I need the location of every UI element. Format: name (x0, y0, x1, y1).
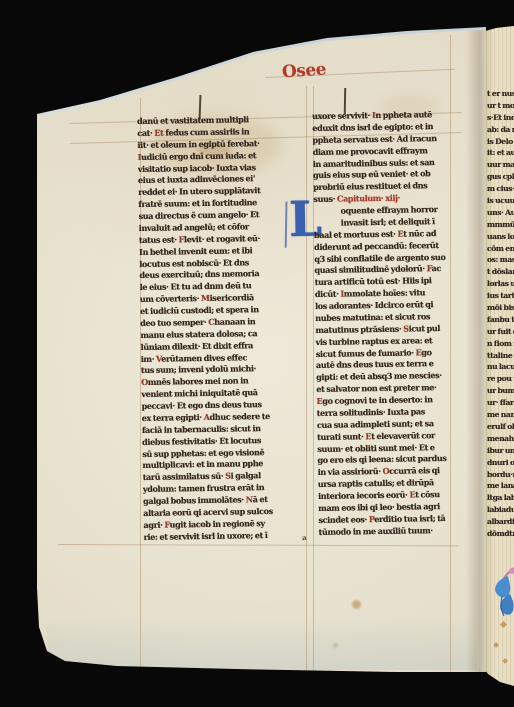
text-line: os: mast (487, 254, 514, 266)
text-run: menah un (487, 434, 514, 443)
text-line: ibur unlo (487, 445, 514, 457)
text-run: tus sum; inveni ydolū michi· (141, 364, 256, 376)
text-run: ccurrā eis qi (389, 465, 440, 476)
text-run: reddet ei· In utero supplātavit (138, 185, 260, 197)
text-run: lorlas un (487, 279, 514, 288)
text-run: Et (154, 127, 163, 137)
text-run: erūtamen dives effec (161, 352, 247, 363)
text-line: me lanai (487, 480, 514, 492)
text-run: ibur unlo (487, 446, 514, 455)
text-run: t er nus: (487, 89, 514, 98)
fore-edge-pages: t er nus:ur t mos·Et induab: da mis Delo… (482, 26, 514, 694)
text-line: cōm ens (487, 243, 514, 255)
text-line: mmmū (487, 219, 514, 231)
text-run: galgal bobus immolātes· (143, 494, 246, 506)
text-run: go ero eis qi leena: sicut pardus (317, 453, 446, 465)
text-run: t elevaverūt cor (371, 430, 435, 441)
text-run: im· (141, 353, 156, 363)
text-run: dōmdtn (487, 529, 514, 538)
text-run: uur ma- (487, 160, 514, 169)
text-run: ttaline qv (487, 351, 514, 360)
floral-border-decoration (486, 566, 514, 638)
text-run: matutinus ptrāsiens· (315, 323, 403, 334)
text-line: uans lob (487, 231, 514, 243)
text-run: mam eos ibi qi leo· bestia agri (318, 501, 440, 513)
text-run: uns· Au (487, 208, 514, 217)
text-run: lūniam dilexit· Et dixit effra (141, 340, 253, 352)
text-run: diebus festivitatis· Et locutus (142, 435, 261, 447)
text-run: cua sua adimpleti sunt; et sa (317, 418, 434, 430)
text-run: dnuri ob l (487, 458, 514, 467)
text-run: tura artificū totū est· Hiis ipi (315, 275, 432, 287)
photo-background: t er nus:ur t mos·Et induab: da mis Delo… (0, 0, 514, 707)
manuscript-page: Osee L danū et vastitatem multiplicat· E… (37, 28, 486, 676)
stain (352, 600, 361, 609)
floral-leaf (495, 576, 510, 597)
text-line: erulf obm (487, 421, 514, 433)
text-run: probriū eius restituet ei dns (313, 180, 427, 192)
text-run: interiora iecoris eorū· (318, 490, 410, 501)
text-run: tatus est· (139, 234, 179, 245)
gold-diamond-dot (493, 642, 499, 648)
text-run: nu lacua (487, 362, 514, 371)
text-run: los adorantes· Idcirco erūt qi (315, 299, 433, 311)
text-run: peccavi· Et ego dns deus tuus (141, 399, 261, 411)
fore-edge-text-column: t er nus:ur t mos·Et induab: da mis Delo… (487, 88, 514, 556)
text-line: dnuri ob l (487, 457, 514, 469)
text-run: agri· (143, 519, 164, 529)
margin-mark: a (301, 533, 307, 543)
text-run: locutus est nobiscū· Et dns (139, 257, 249, 269)
text-run: venient michi iniquitatē quā (141, 387, 257, 399)
text-run: go (421, 347, 431, 357)
page-crease (466, 28, 486, 676)
text-run: isericordiā (209, 292, 253, 303)
text-line: dōmdtn (487, 528, 514, 540)
text-run: visitatio sup iacob· Iuxta vias (138, 162, 256, 174)
text-line: ab: da m (487, 124, 514, 136)
text-run: guis eius sup eū veniet· et ob (313, 169, 431, 181)
text-run: ā et (253, 494, 268, 504)
text-run: ur· ffartu (487, 398, 514, 407)
text-line: nu lacua (487, 361, 514, 373)
text-run: cat· (137, 128, 154, 138)
text-line: menah un (487, 433, 514, 445)
text-run: iit· et oleum in egiptū ferebat· (137, 138, 259, 150)
text-run: in amaritudinibus suis: et san (313, 157, 435, 169)
text-run: terra solitudinis· Iuxta pas (317, 406, 425, 418)
text-line: uur ma- (487, 159, 514, 171)
text-line: is ucuum (487, 195, 514, 207)
text-line: bordu·ruo (487, 469, 514, 481)
text-line: tūmodo in me auxiliū tuum· (319, 524, 463, 538)
text-line: mōi bis b (487, 302, 514, 314)
text-run: altaria eorū qi acervi sup sulcos (143, 506, 273, 518)
text-run: is Delo (487, 137, 513, 146)
text-run: multiplicavi: et in manu pphe (142, 458, 263, 470)
text-run: uxore servivit· (312, 110, 372, 121)
text-run: ursa raptis catulis; et dirūpā (318, 477, 434, 489)
text-run: ur bum f (487, 386, 514, 395)
text-run: labiadur (487, 505, 514, 514)
text-run: is ucuum (487, 196, 514, 205)
text-run: ur fuit ca (487, 327, 514, 336)
text-run: it: et auf (487, 148, 514, 157)
text-run: eduxit dns isrl de egipto: et in (312, 121, 433, 133)
text-line: t er nus: (487, 88, 514, 100)
text-run: et iudiciū custodi; et spera in (140, 304, 259, 316)
text-run: tūmodo in me auxiliū tuum· (319, 525, 433, 537)
text-line: gus cpl (487, 171, 514, 183)
text-run: me lanai (487, 481, 514, 490)
text-line: uns· Au (487, 207, 514, 219)
text-line: lorlas un (487, 278, 514, 290)
text-line: it: et auf (487, 147, 514, 159)
running-title: Osee (281, 59, 326, 82)
text-run: t nūc ad (403, 228, 436, 239)
text-run: bordu·ruo (487, 470, 514, 479)
text-line: ur bum f (487, 385, 514, 397)
text-run: manu eius statera dolosa; ca (140, 328, 257, 340)
text-run: erditio tua isrl; tā (374, 513, 445, 524)
text-run: sicut fumus de fumario· (316, 347, 416, 359)
text-run: mmmū (487, 220, 514, 229)
text-line: ur fuit ca (487, 326, 514, 338)
text-run: ppheta servatus est· Ad iracun (312, 133, 436, 145)
text-line: labiadur (487, 504, 514, 516)
text-run: n fiom ro (487, 339, 514, 348)
text-run: sua directus ē cum angelo· Et (138, 209, 259, 221)
text-run: in via assiriorū· (318, 466, 383, 477)
text-line: ur t mo (487, 100, 514, 112)
text-run: invasit isrl; et deliquit ī (341, 216, 435, 227)
text-line: me nan t (487, 409, 514, 421)
text-run: i galgal (231, 470, 261, 480)
text-run: os: mast (487, 255, 514, 264)
text-run: hanaan in (214, 316, 255, 327)
text-run: erulf obm (487, 422, 514, 431)
text-run: deus exercituū; dns memoria (139, 268, 259, 280)
text-run: deo tuo semper· (140, 317, 208, 328)
text-run: diderunt ad peccandū: fecerūt (314, 240, 439, 252)
text-run: mmolate hoīes: vitu (344, 287, 425, 298)
text-line: ttaline qv (487, 350, 514, 362)
text-run: dicūt· (315, 289, 341, 299)
text-run: diam me provocavit effraym (313, 145, 428, 157)
text-run: le eius· Et tu ad dnm deū tu (140, 280, 252, 292)
text-line: rie: et servivit isrl in uxore; et ī (144, 529, 320, 544)
text-run: n ppheta autē (375, 109, 432, 120)
text-run: eius et iuxta adinvēciones ei' (138, 174, 255, 186)
text-run: fanbu t (487, 315, 514, 324)
text-run: oquente effraym horror (340, 204, 437, 216)
text-run: turati sunt· (317, 431, 365, 442)
text-run: vis turbine raptus ex area: et (316, 335, 433, 347)
text-run: um cōverteris· (140, 293, 201, 304)
text-run: et salvator non est preter me· (316, 382, 436, 394)
text-line: albardin (487, 516, 514, 528)
text-run: autē dns deus tuus ex terra e (316, 358, 434, 370)
text-run: invaluit ad angelū; et cōfor (139, 221, 249, 233)
text-run: mōi bis b (487, 303, 514, 312)
text-run: gus cpl (487, 172, 514, 181)
text-run: fratrē suum: et in fortitudine (138, 197, 257, 209)
text-run: s·Et indu (487, 113, 514, 122)
text-run: me nan t (487, 410, 514, 419)
text-line: ius tarti (487, 290, 514, 302)
text-run: ydolum: tamen frustra erāt in (143, 482, 264, 494)
text-run: tarū assimilatus sū· (143, 471, 226, 482)
ruling-line (58, 544, 458, 546)
text-run: uans lob (487, 232, 514, 241)
text-run: ur t mo (487, 101, 514, 110)
text-run: re pou ub (487, 374, 514, 383)
parchment-discoloration (47, 616, 477, 670)
text-line: m cius· (487, 183, 514, 195)
text-run: rie: et servivit isrl in uxore; et ī (144, 530, 268, 542)
text-run: albardin (487, 517, 514, 526)
text-run: nubes matutina: et sicut ros (315, 311, 430, 323)
text-run: ab: da m (487, 125, 514, 134)
text-run: gipti: et deū absq3 me nescies· (316, 370, 442, 382)
text-run: cōm ens (487, 244, 514, 253)
text-run: danū et vastitatem multipli (137, 114, 249, 126)
text-run: ius tarti (487, 291, 514, 300)
text-run: M (201, 293, 210, 303)
text-run: icut pul (409, 323, 441, 333)
text-run: In bethel invenit eum: et ibi (139, 245, 252, 257)
text-line: t dōslan (487, 266, 514, 278)
text-run: ugit iacob in regionē sy (170, 518, 265, 529)
text-run: go cognovi te in deserto: in (322, 394, 432, 406)
text-run: baal et mortuus est· (314, 228, 398, 239)
text-run: quasi similitudinē ydolorū· (314, 264, 426, 276)
text-run: suum· et obliti sunt mei· Et e (317, 442, 434, 454)
text-run: scindet eos· (318, 514, 369, 525)
text-run: levit· et rogavit eū· (184, 233, 260, 244)
text-run: Capitulum· xiij· (337, 193, 400, 204)
text-run: t cōsu (415, 489, 440, 499)
text-line: is Delo (487, 136, 514, 148)
text-run: faciā in tabernaculis: sicut in (142, 423, 261, 435)
text-run: ex terra egipti· (142, 412, 204, 423)
text-column-right: uxore servivit· In ppheta autēeduxit dns… (312, 109, 463, 541)
text-line: ur· ffartu (487, 397, 514, 409)
text-run: suus· (313, 194, 337, 204)
text-line: n fiom ro (487, 338, 514, 350)
gold-diamond-dot (502, 658, 508, 664)
text-run: ac (432, 263, 442, 273)
text-run: ltga labam (487, 493, 514, 502)
text-run: fedus cum assiriis in (163, 126, 249, 137)
text-run: mnēs labores mei non in (148, 376, 249, 388)
text-line: ltga labam (487, 492, 514, 504)
text-run: q3 sibi conflatile de argento suo (314, 251, 445, 263)
text-run: dhuc sedere te (210, 411, 270, 422)
text-run: t dōslan (487, 267, 514, 276)
text-run: udiciū ergo dnī cum iuda: et (141, 150, 256, 162)
text-line: re pou ub (487, 373, 514, 385)
text-line: fanbu t (487, 314, 514, 326)
text-run: sū sup pphetas: et ego visionē (142, 447, 264, 459)
text-line: s·Et indu (487, 112, 514, 124)
text-run: m cius· (487, 184, 514, 193)
text-column-left: danū et vastitatem multiplicat· Et fedus… (137, 113, 320, 546)
